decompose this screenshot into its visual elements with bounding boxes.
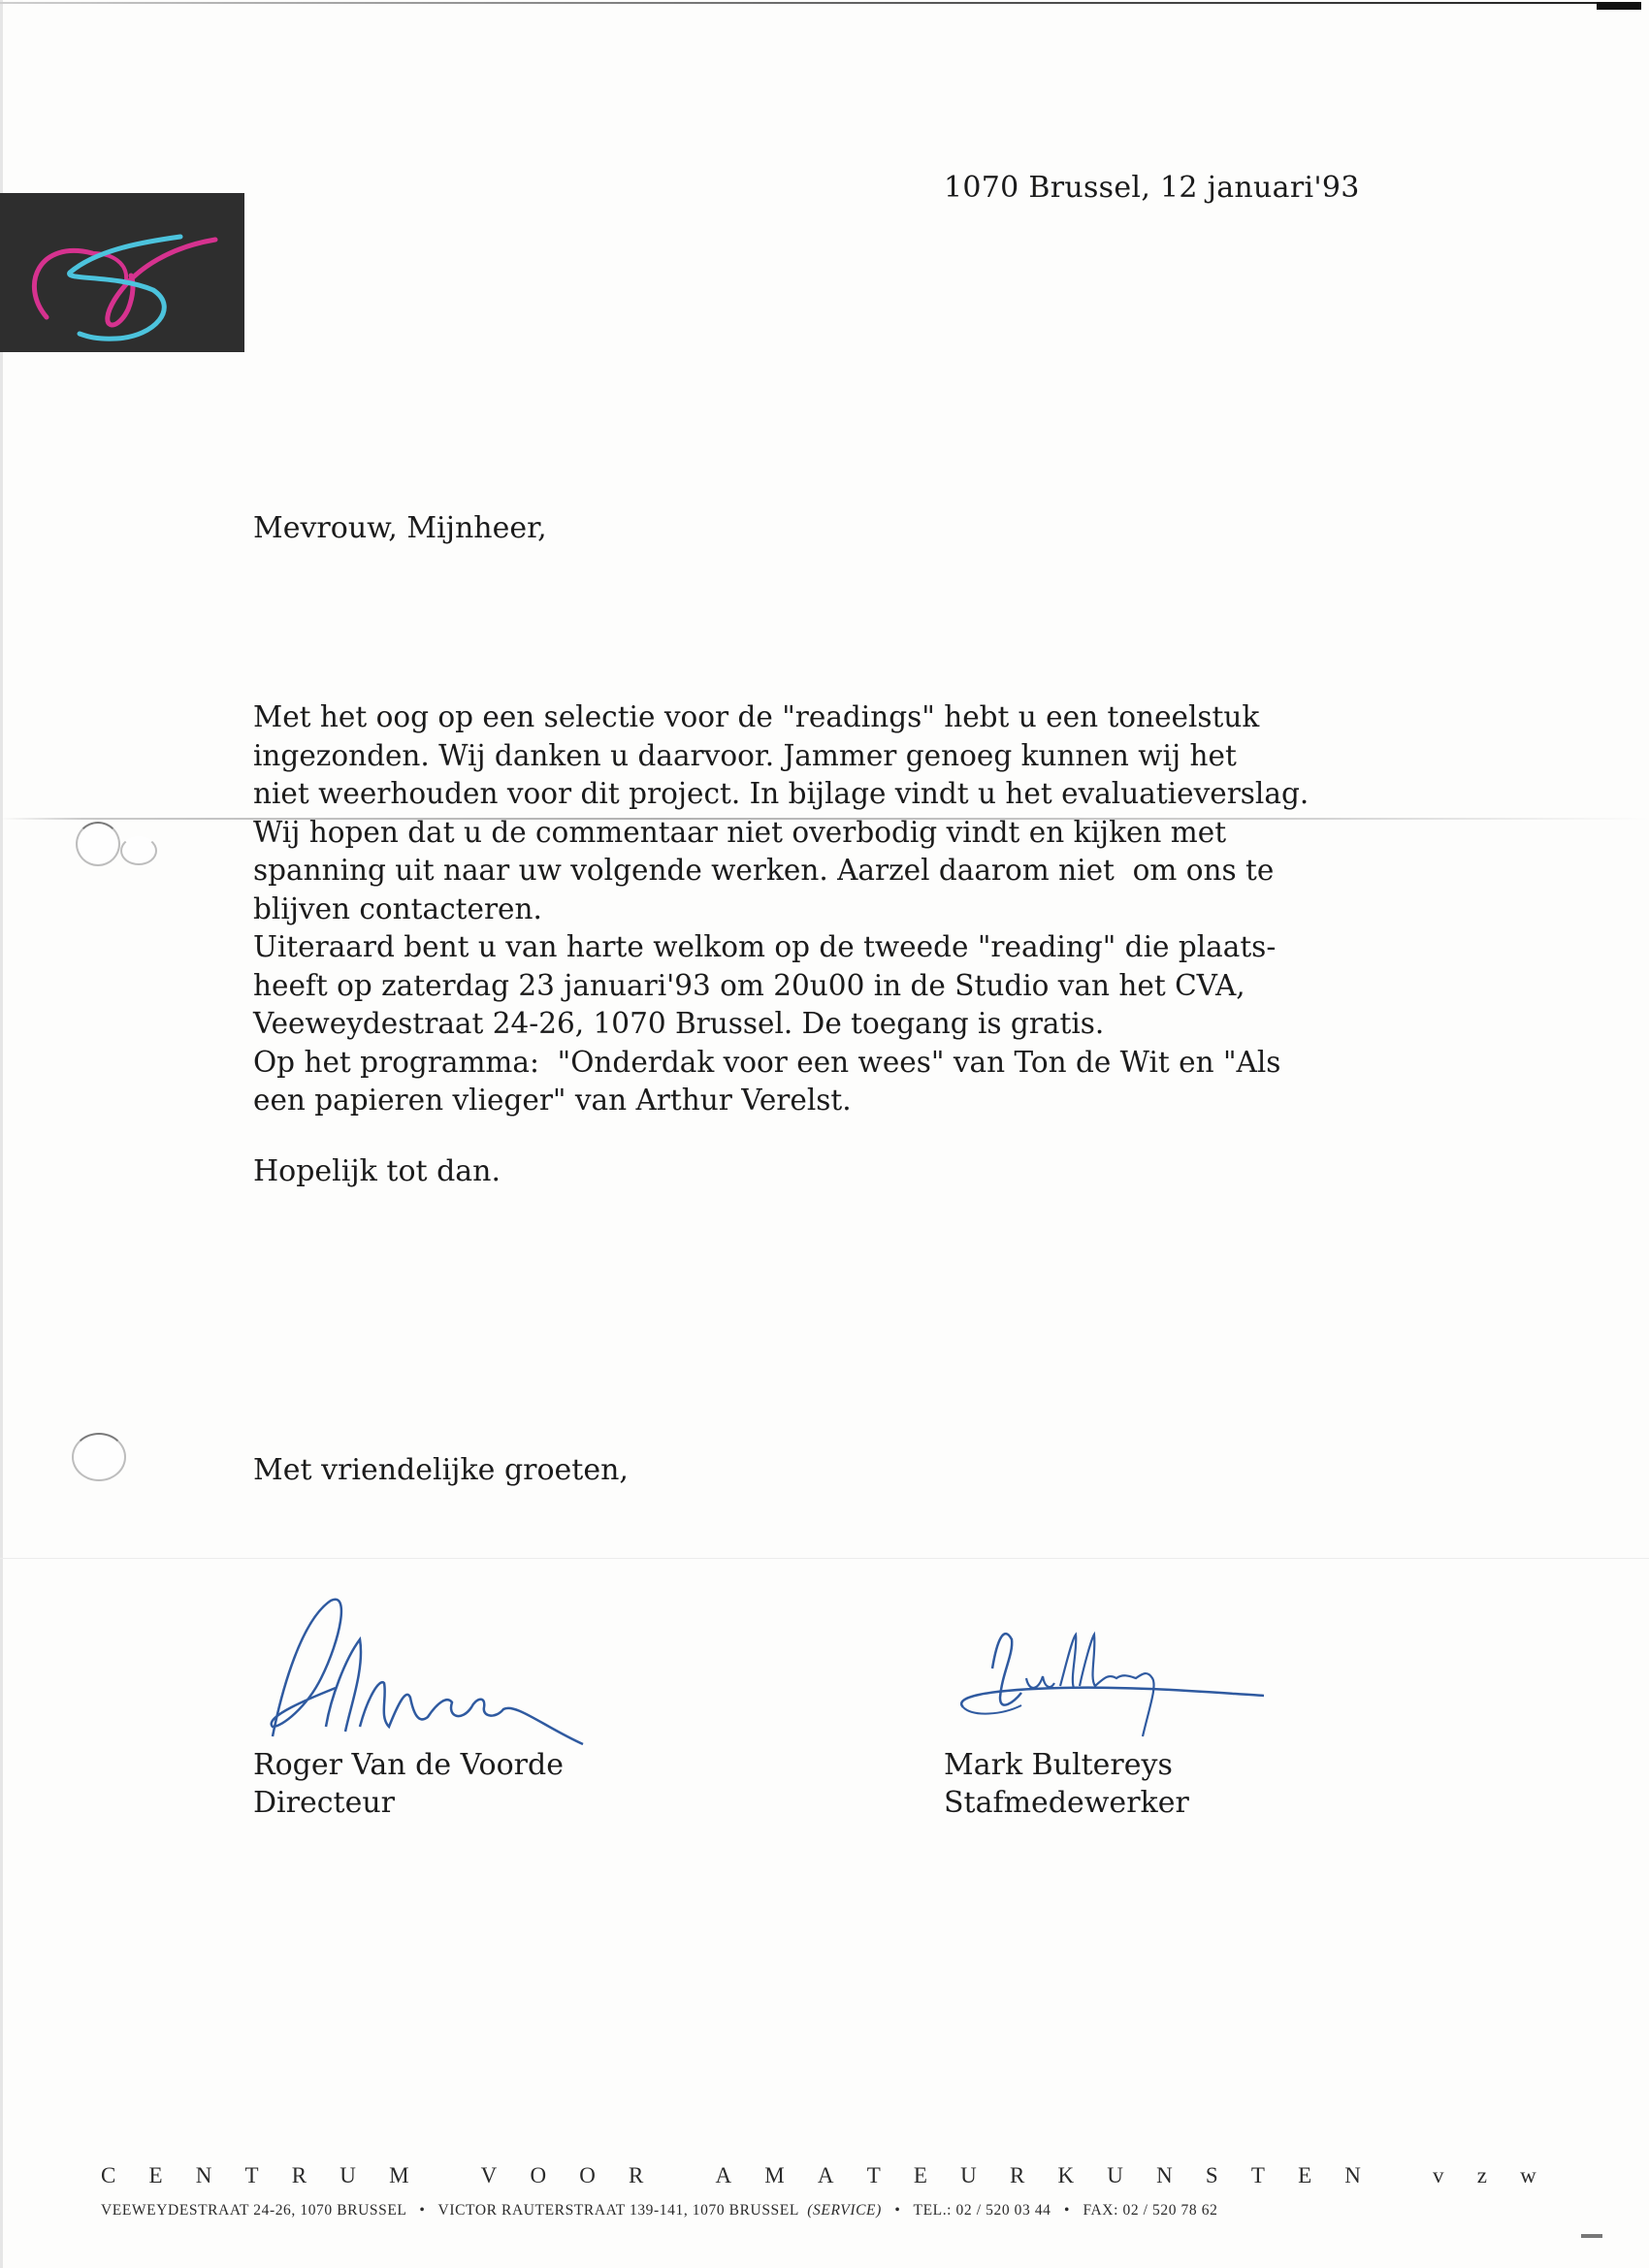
org-letter: A — [818, 2163, 834, 2188]
org-letter: M — [389, 2163, 408, 2188]
letter-date: 1070 Brussel, 12 januari'93 — [944, 171, 1360, 205]
body-line: Met het oog op een selectie voor de "rea… — [253, 698, 1398, 737]
bullet-separator: • — [894, 2202, 900, 2219]
org-letter: A — [715, 2163, 731, 2188]
org-letter — [677, 2163, 683, 2188]
ribbon-logo-icon — [0, 193, 244, 352]
service-label: (SERVICE) — [807, 2202, 882, 2219]
org-letter — [1394, 2163, 1400, 2188]
org-letter: E — [914, 2163, 927, 2188]
address-main: VEEWEYDESTRAAT 24-26, 1070 BRUSSEL — [101, 2202, 406, 2219]
letter-body: Met het oog op een selectie voor de "rea… — [253, 698, 1398, 1120]
punch-hole-tear — [120, 836, 157, 865]
body-line: Op het programma: "Onderdak voor een wee… — [253, 1044, 1398, 1083]
signatory-director: Roger Van de Voorde Directeur — [253, 1581, 622, 1822]
org-letter: T — [245, 2163, 259, 2188]
scan-top-line — [0, 2, 1600, 4]
org-letter: N — [1344, 2163, 1361, 2188]
body-line: een papieren vlieger" van Arthur Verelst… — [253, 1082, 1398, 1120]
org-letter: z — [1477, 2163, 1487, 2188]
signature-icon — [253, 1581, 622, 1746]
org-letter: V — [481, 2163, 498, 2188]
signature-icon — [944, 1581, 1293, 1746]
body-line: ingezonden. Wij danken u daarvoor. Jamme… — [253, 737, 1398, 776]
org-letter: R — [629, 2163, 643, 2188]
scan-artifact — [1581, 2234, 1602, 2238]
org-letter: T — [1251, 2163, 1265, 2188]
body-line: spanning uit naar uw volgende werken. Aa… — [253, 852, 1398, 891]
punch-hole — [76, 822, 120, 866]
org-letter: O — [579, 2163, 596, 2188]
signatory-role: Directeur — [253, 1784, 622, 1822]
paper-fold-crease — [0, 1558, 1649, 1559]
address-service: VICTOR RAUTERSTRAAT 139-141, 1070 BRUSSE… — [438, 2202, 799, 2219]
closing-hope: Hopelijk tot dan. — [253, 1154, 501, 1188]
cva-logo — [0, 193, 244, 352]
body-line: niet weerhouden voor dit project. In bij… — [253, 775, 1398, 814]
org-letter: R — [292, 2163, 307, 2188]
org-letter: v — [1433, 2163, 1444, 2188]
bullet-separator: • — [1064, 2202, 1070, 2219]
body-line: Wij hopen dat u de commentaar niet overb… — [253, 814, 1398, 853]
org-letter: E — [149, 2163, 163, 2188]
org-letter: U — [1107, 2163, 1123, 2188]
footer-address: VEEWEYDESTRAAT 24-26, 1070 BRUSSEL • VIC… — [101, 2202, 1536, 2219]
body-line: heeft op zaterdag 23 januari'93 om 20u00… — [253, 967, 1398, 1006]
org-letter: w — [1520, 2163, 1536, 2188]
letterhead-footer: CENTRUM VOOR AMATEURKUNSTEN vzw VEEWEYDE… — [101, 2163, 1536, 2219]
org-letter: S — [1206, 2163, 1218, 2188]
signatory-role: Stafmedewerker — [944, 1784, 1293, 1822]
organization-name: CENTRUM VOOR AMATEURKUNSTEN vzw — [101, 2163, 1536, 2188]
org-letter: E — [1298, 2163, 1311, 2188]
body-line: Veeweydestraat 24-26, 1070 Brussel. De t… — [253, 1005, 1398, 1044]
org-letter: O — [530, 2163, 546, 2188]
body-line: Uiteraard bent u van harte welkom op de … — [253, 928, 1398, 967]
org-letter: K — [1057, 2163, 1074, 2188]
org-letter: M — [764, 2163, 784, 2188]
org-letter: U — [339, 2163, 356, 2188]
org-letter: U — [960, 2163, 977, 2188]
org-letter — [442, 2163, 448, 2188]
punch-hole — [72, 1433, 126, 1481]
org-letter: T — [867, 2163, 881, 2188]
org-letter: R — [1010, 2163, 1024, 2188]
signatory-name: Mark Bultereys — [944, 1746, 1293, 1784]
org-letter: N — [1156, 2163, 1173, 2188]
signatory-name: Roger Van de Voorde — [253, 1746, 622, 1784]
scan-artifact — [1597, 2, 1641, 10]
bullet-separator: • — [419, 2202, 425, 2219]
closing-greeting: Met vriendelijke groeten, — [253, 1453, 629, 1487]
signatory-staff: Mark Bultereys Stafmedewerker — [944, 1581, 1293, 1822]
telephone: TEL.: 02 / 520 03 44 — [914, 2202, 1051, 2219]
fax: FAX: 02 / 520 78 62 — [1083, 2202, 1217, 2219]
salutation: Mevrouw, Mijnheer, — [253, 511, 547, 545]
org-letter: N — [196, 2163, 212, 2188]
body-line: blijven contacteren. — [253, 891, 1398, 929]
org-letter: C — [101, 2163, 115, 2188]
